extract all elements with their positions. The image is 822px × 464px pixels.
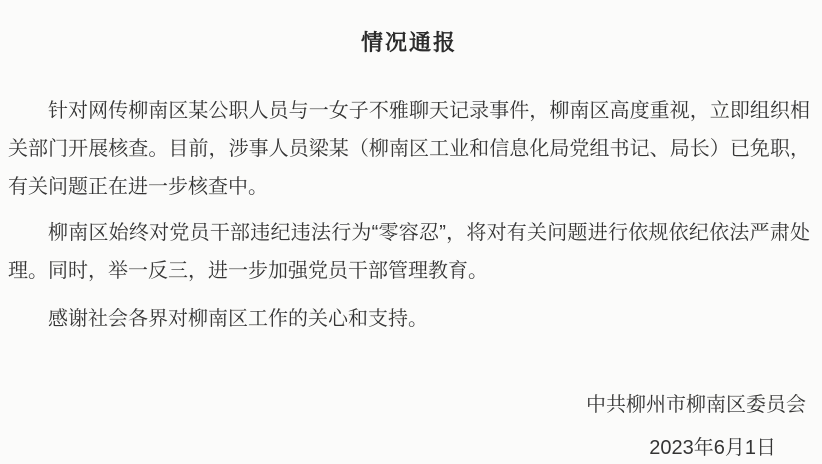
document-body: 针对网传柳南区某公职人员与一女子不雅聊天记录事件，柳南区高度重视，立即组织相关部… [8, 92, 810, 338]
document-title: 情况通报 [8, 30, 810, 56]
notice-document: 情况通报 针对网传柳南区某公职人员与一女子不雅聊天记录事件，柳南区高度重视，立即… [0, 0, 822, 464]
issuer-signature: 中共柳州市柳南区委员会 [8, 393, 810, 417]
paragraph-stance: 柳南区始终对党员干部违纪违法行为“零容忍”，将对有关问题进行依规依纪依法严肃处理… [8, 214, 810, 290]
paragraph-thanks: 感谢社会各界对柳南区工作的关心和支持。 [8, 300, 810, 338]
issue-date: 2023年6月1日 [8, 436, 810, 460]
paragraph-incident: 针对网传柳南区某公职人员与一女子不雅聊天记录事件，柳南区高度重视，立即组织相关部… [8, 92, 810, 206]
